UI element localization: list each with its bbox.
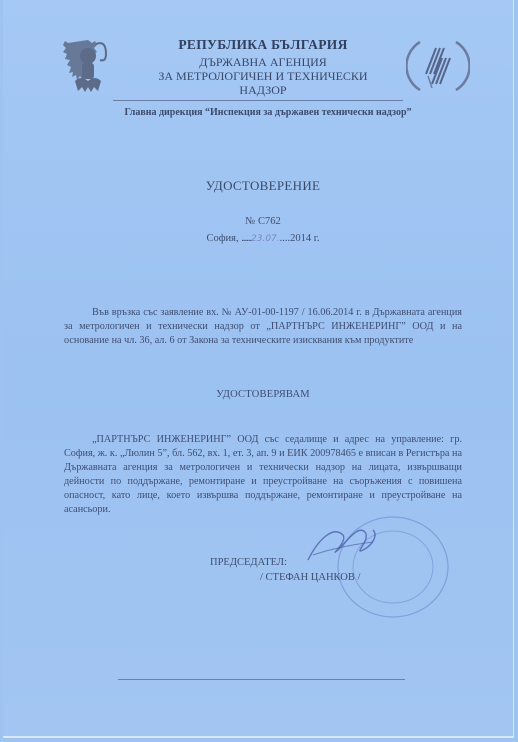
document-title: УДОСТОВЕРЕНИЕ xyxy=(103,178,423,194)
signature-icon xyxy=(303,520,383,570)
directorate-line: Главна дирекция “Инспекция за държавен т… xyxy=(63,107,473,118)
date-prefix: София, xyxy=(206,233,241,244)
date-handwritten: 23.07. xyxy=(251,234,280,244)
intro-paragraph: Във връзка със заявление вх. № АУ-01-00-… xyxy=(64,306,462,348)
signatory-role: ПРЕДСЕДАТЕЛ: xyxy=(210,557,287,568)
agency-line-3: НАДЗОР xyxy=(103,83,423,98)
date-suffix: 2014 г. xyxy=(290,233,319,244)
header-divider xyxy=(113,100,403,101)
document-date: София, ......23.07.....2014 г. xyxy=(103,233,423,244)
signatory-name: / СТЕФАН ЦАНКОВ / xyxy=(260,572,360,583)
agency-line-1: ДЪРЖАВНА АГЕНЦИЯ xyxy=(103,55,423,70)
document-page: РЕПУБЛИКА БЪЛГАРИЯ ДЪРЖАВНА АГЕНЦИЯ ЗА М… xyxy=(3,0,514,738)
country-title: РЕПУБЛИКА БЪЛГАРИЯ xyxy=(103,37,423,53)
footer-divider xyxy=(118,679,405,680)
agency-line-2: ЗА МЕТРОЛОГИЧЕН И ТЕХНИЧЕСКИ xyxy=(103,69,423,84)
document-number: № С762 xyxy=(103,216,423,227)
certify-heading: УДОСТОВЕРЯВАМ xyxy=(103,389,423,400)
body-paragraph: „ПАРТНЪРС ИНЖЕНЕРИНГ” ООД със седалище и… xyxy=(64,433,462,517)
